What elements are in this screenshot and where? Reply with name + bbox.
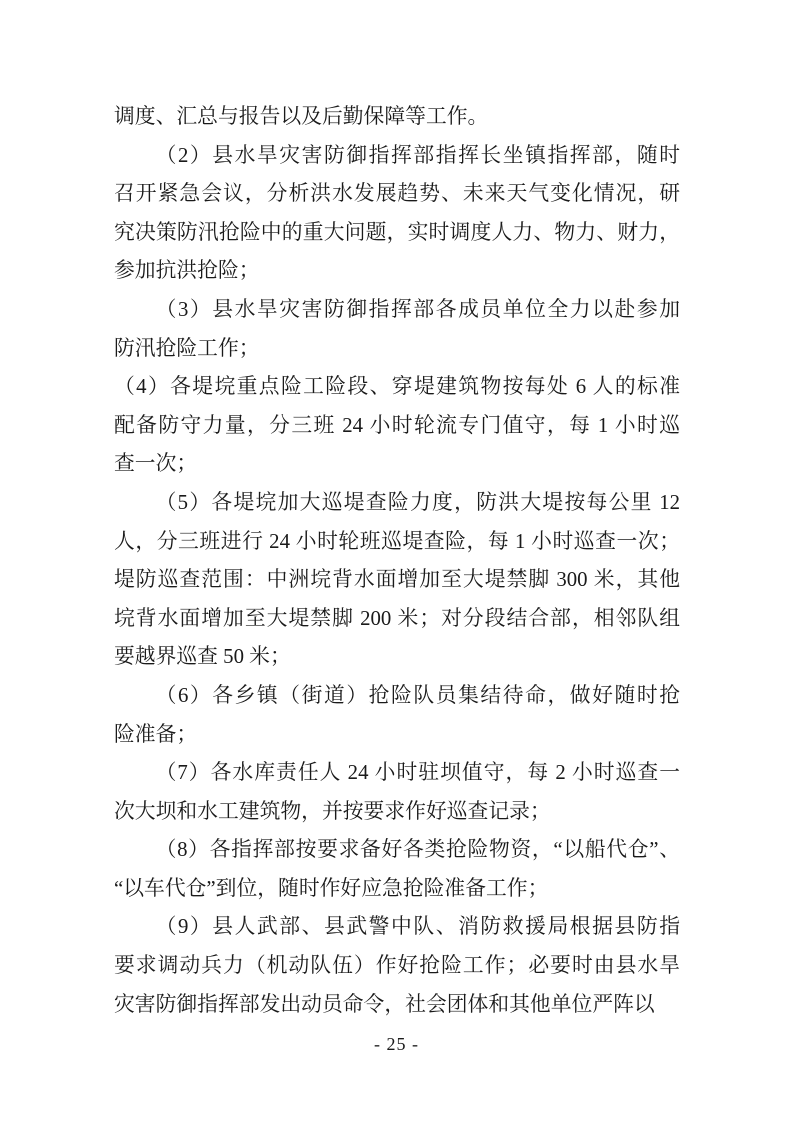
paragraph: （7）各水库责任人 24 小时驻坝值守，每 2 小时巡查一次大坝和水工建筑物，并… bbox=[114, 754, 680, 831]
paragraph: （6）各乡镇（街道）抢险队员集结待命，做好随时抢险准备； bbox=[114, 677, 680, 754]
text-line: 次大坝和水工建筑物，并按要求作好巡查记录； bbox=[114, 793, 680, 832]
paragraph: （8）各指挥部按要求备好各类抢险物资，“以船代仓”、“以车代仓”到位，随时作好应… bbox=[114, 831, 680, 908]
document-body: 调度、汇总与报告以及后勤保障等工作。（2）县水旱灾害防御指挥部指挥长坐镇指挥部，… bbox=[114, 98, 680, 1024]
text-line: （8）各指挥部按要求备好各类抢险物资，“以船代仓”、 bbox=[114, 831, 680, 870]
text-line: 堤防巡查范围：中洲垸背水面增加至大堤禁脚 300 米，其他 bbox=[114, 561, 680, 600]
text-line: （7）各水库责任人 24 小时驻坝值守，每 2 小时巡查一 bbox=[114, 754, 680, 793]
paragraph: （5）各堤垸加大巡堤查险力度，防洪大堤按每公里 12人，分三班进行 24 小时轮… bbox=[114, 484, 680, 677]
text-line: 究决策防汛抢险中的重大问题，实时调度人力、物力、财力， bbox=[114, 214, 680, 253]
text-line: 参加抗洪抢险； bbox=[114, 252, 680, 291]
text-line: 险准备； bbox=[114, 716, 680, 755]
text-line: 要越界巡查 50 米； bbox=[114, 638, 680, 677]
paragraph: （9）县人武部、县武警中队、消防救援局根据县防指要求调动兵力（机动队伍）作好抢险… bbox=[114, 908, 680, 1024]
text-line: 查一次； bbox=[114, 445, 680, 484]
page-number: - 25 - bbox=[0, 1034, 793, 1055]
text-line: （6）各乡镇（街道）抢险队员集结待命，做好随时抢 bbox=[114, 677, 680, 716]
paragraph: 调度、汇总与报告以及后勤保障等工作。 bbox=[114, 98, 680, 137]
text-line: 人，分三班进行 24 小时轮班巡堤查险，每 1 小时巡查一次； bbox=[114, 523, 680, 562]
text-line: 要求调动兵力（机动队伍）作好抢险工作；必要时由县水旱 bbox=[114, 947, 680, 986]
paragraph: （4）各堤垸重点险工险段、穿堤建筑物按每处 6 人的标准配备防守力量，分三班 2… bbox=[114, 368, 680, 484]
text-line: 灾害防御指挥部发出动员命令，社会团体和其他单位严阵以 bbox=[114, 986, 680, 1025]
document-page: 调度、汇总与报告以及后勤保障等工作。（2）县水旱灾害防御指挥部指挥长坐镇指挥部，… bbox=[0, 0, 793, 1122]
paragraph: （2）县水旱灾害防御指挥部指挥长坐镇指挥部，随时召开紧急会议，分析洪水发展趋势、… bbox=[114, 137, 680, 291]
text-line: （5）各堤垸加大巡堤查险力度，防洪大堤按每公里 12 bbox=[114, 484, 680, 523]
text-line: （9）县人武部、县武警中队、消防救援局根据县防指 bbox=[114, 908, 680, 947]
text-line: 召开紧急会议，分析洪水发展趋势、未来天气变化情况，研 bbox=[114, 175, 680, 214]
text-line: （3）县水旱灾害防御指挥部各成员单位全力以赴参加 bbox=[114, 291, 680, 330]
text-line: 调度、汇总与报告以及后勤保障等工作。 bbox=[114, 98, 680, 137]
text-line: （4）各堤垸重点险工险段、穿堤建筑物按每处 6 人的标准 bbox=[114, 368, 680, 407]
text-line: （2）县水旱灾害防御指挥部指挥长坐镇指挥部，随时 bbox=[114, 137, 680, 176]
paragraph: （3）县水旱灾害防御指挥部各成员单位全力以赴参加防汛抢险工作； bbox=[114, 291, 680, 368]
text-line: 垸背水面增加至大堤禁脚 200 米；对分段结合部，相邻队组 bbox=[114, 600, 680, 639]
text-line: 配备防守力量，分三班 24 小时轮流专门值守，每 1 小时巡 bbox=[114, 407, 680, 446]
text-line: “以车代仓”到位，随时作好应急抢险准备工作； bbox=[114, 870, 680, 909]
text-line: 防汛抢险工作； bbox=[114, 330, 680, 369]
